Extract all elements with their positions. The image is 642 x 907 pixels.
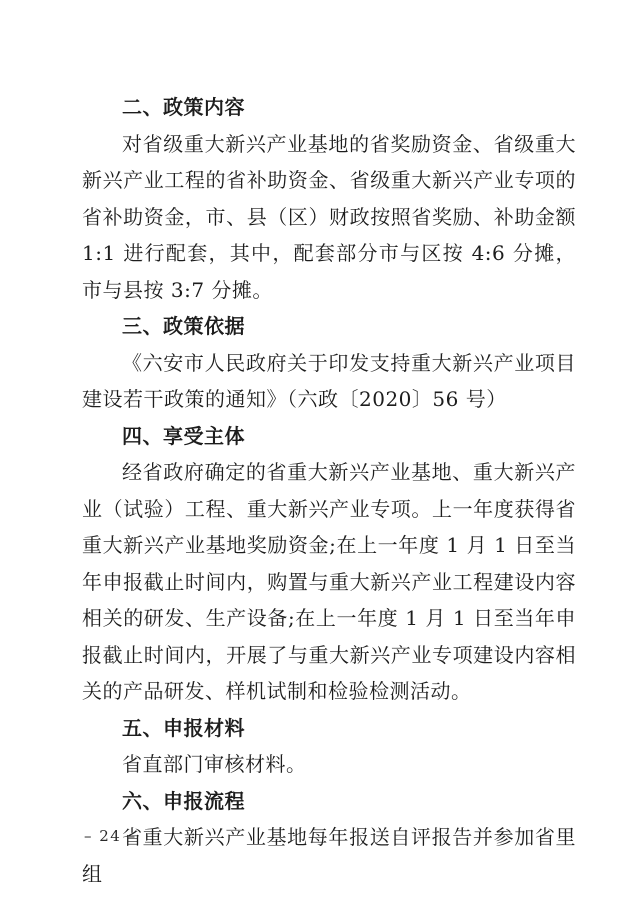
section-heading-application-process: 六、申报流程 bbox=[82, 783, 576, 820]
document-body: 二、政策内容 对省级重大新兴产业基地的省奖励资金、省级重大新兴产业工程的省补助资… bbox=[82, 89, 576, 892]
section-heading-policy-basis: 三、政策依据 bbox=[82, 308, 576, 345]
section-paragraph-policy-basis: 《六安市人民政府关于印发支持重大新兴产业项目建设若干政策的通知》（六政〔2020… bbox=[82, 345, 576, 418]
section-policy-basis: 三、政策依据 《六安市人民政府关于印发支持重大新兴产业项目建设若干政策的通知》（… bbox=[82, 308, 576, 418]
section-policy-content: 二、政策内容 对省级重大新兴产业基地的省奖励资金、省级重大新兴产业工程的省补助资… bbox=[82, 89, 576, 308]
section-application-materials: 五、申报材料 省直部门审核材料。 bbox=[82, 710, 576, 783]
section-beneficiaries: 四、享受主体 经省政府确定的省重大新兴产业基地、重大新兴产业（试验）工程、重大新… bbox=[82, 418, 576, 710]
page-number: – 24 – bbox=[84, 827, 137, 845]
section-paragraph-beneficiaries: 经省政府确定的省重大新兴产业基地、重大新兴产业（试验）工程、重大新兴产业专项。上… bbox=[82, 454, 576, 710]
section-paragraph-application-materials: 省直部门审核材料。 bbox=[82, 746, 576, 783]
document-page: 二、政策内容 对省级重大新兴产业基地的省奖励资金、省级重大新兴产业工程的省补助资… bbox=[0, 0, 642, 907]
section-heading-policy-content: 二、政策内容 bbox=[82, 89, 576, 126]
section-heading-beneficiaries: 四、享受主体 bbox=[82, 418, 576, 455]
section-application-process: 六、申报流程 省重大新兴产业基地每年报送自评报告并参加省里组 bbox=[82, 783, 576, 893]
section-heading-application-materials: 五、申报材料 bbox=[82, 710, 576, 747]
section-paragraph-application-process: 省重大新兴产业基地每年报送自评报告并参加省里组 bbox=[82, 819, 576, 892]
section-paragraph-policy-content: 对省级重大新兴产业基地的省奖励资金、省级重大新兴产业工程的省补助资金、省级重大新… bbox=[82, 126, 576, 309]
